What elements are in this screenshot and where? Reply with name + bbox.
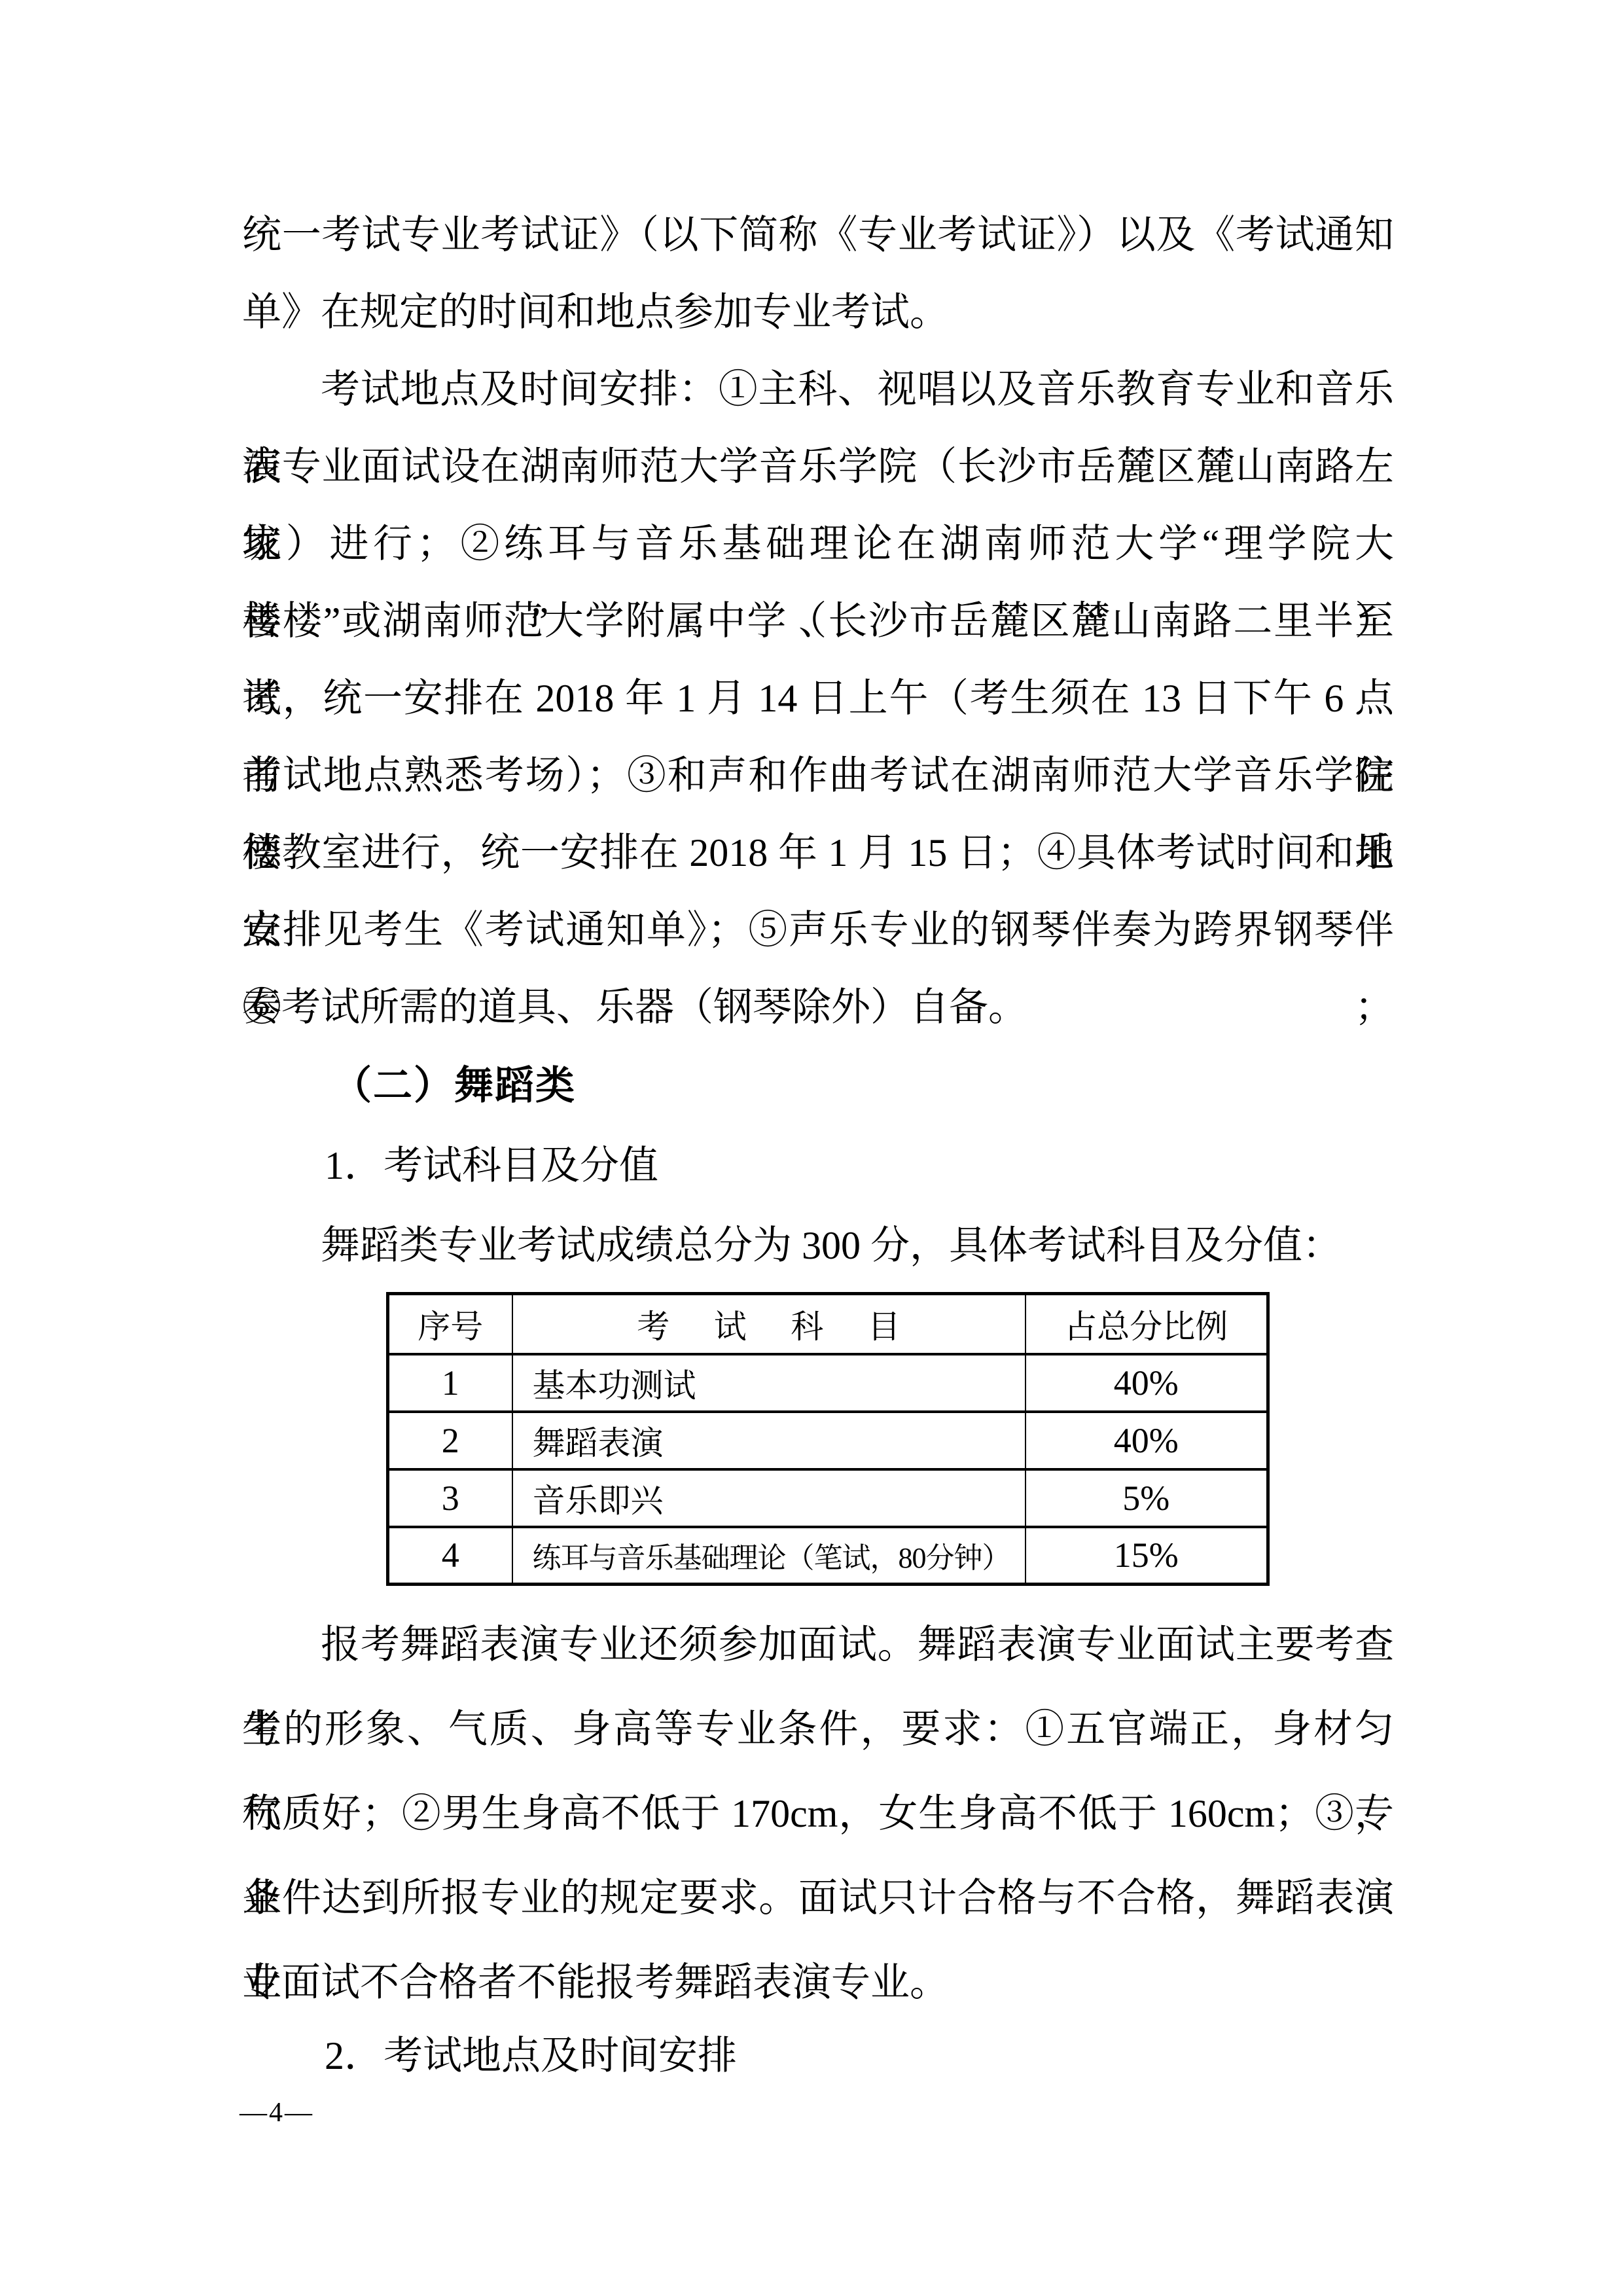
paragraph-line: 业面试不合格者不能报考舞蹈表演专业。 [242, 1941, 1394, 2025]
paragraph-line: 安排见考生《考试通知单》；⑤声乐专业的钢琴伴奏为跨界钢琴伴奏； [242, 891, 1394, 969]
paragraph-line: 善楼”或湖南师范大学附属中学（长沙市岳麓区麓山南路二里半）考 [242, 583, 1394, 660]
table-header-seq: 序号 [388, 1294, 512, 1354]
table-cell-seq: 1 [388, 1354, 512, 1412]
paragraph-line: 生的形象、气质、身高等专业条件，要求：①五官端正，身材匀称， [242, 1687, 1394, 1772]
table-cell-ratio: 40% [1026, 1354, 1268, 1412]
table-cell-subject: 音乐即兴 [512, 1469, 1026, 1527]
paragraph-line: 考试地点及时间安排：①主科、视唱以及音乐教育专业和音乐表 [242, 351, 1394, 428]
table-cell-seq: 4 [388, 1527, 512, 1585]
table-row: 2 舞蹈表演 40% [388, 1412, 1268, 1469]
paragraph-line: 楼教室进行，统一安排在 2018 年 1 月 15 日；④具体考试时间和地点 [242, 814, 1394, 891]
table-cell-subject: 基本功测试 [512, 1354, 1026, 1412]
paragraph-line: 条件达到所报专业的规定要求。面试只计合格与不合格，舞蹈表演专 [242, 1856, 1394, 1941]
paragraph-line: 单》在规定的时间和地点参加专业考试。 [242, 274, 1394, 351]
paragraph-line: 垅）进行；②练耳与音乐基础理论在湖南师范大学“理学院大楼”、“至 [242, 505, 1394, 583]
page-number: —4— [240, 2093, 314, 2132]
subsection-heading-locations: 2．考试地点及时间安排 [242, 2016, 1394, 2096]
paragraph-line: 考试地点熟悉考场）；③和声和作曲考试在湖南师范大学音乐学院德乐 [242, 737, 1394, 814]
paragraph-line: 气质好；②男生身高不低于 170cm，女生身高不低于 160cm；③专业 [242, 1772, 1394, 1856]
paragraph-line: 统一考试专业考试证》（以下简称《专业考试证》）以及《考试通知 [242, 196, 1394, 274]
paragraph-line: 报考舞蹈表演专业还须参加面试。舞蹈表演专业面试主要考查考 [242, 1603, 1394, 1687]
table-cell-ratio: 15% [1026, 1527, 1268, 1585]
table-cell-subject: 舞蹈表演 [512, 1412, 1026, 1469]
paragraph-line: 试，统一安排在 2018 年 1 月 14 日上午（考生须在 13 日下午 6 … [242, 660, 1394, 737]
table-header-ratio: 占总分比例 [1026, 1294, 1268, 1354]
paragraph: 考试地点及时间安排：①主科、视唱以及音乐教育专业和音乐表 演专业面试设在湖南师范… [242, 351, 1394, 1046]
table-row: 3 音乐即兴 5% [388, 1469, 1268, 1527]
exam-subjects-table: 序号 考 试 科 目 占总分比例 1 基本功测试 40% 2 舞蹈表演 40% … [386, 1292, 1270, 1586]
table-cell-seq: 3 [388, 1469, 512, 1527]
table-header-subject: 考 试 科 目 [512, 1294, 1026, 1354]
document-page: 统一考试专业考试证》（以下简称《专业考试证》）以及《考试通知 单》在规定的时间和… [0, 0, 1623, 2296]
table-intro-line: 舞蹈类专业考试成绩总分为 300 分，具体考试科目及分值： [242, 1206, 1394, 1285]
section-heading-dance: （二）舞蹈类 [242, 1046, 1394, 1126]
document-body: 统一考试专业考试证》（以下简称《专业考试证》）以及《考试通知 单》在规定的时间和… [242, 196, 1394, 2096]
paragraph-line: 演专业面试设在湖南师范大学音乐学院（长沙市岳麓区麓山南路左家 [242, 428, 1394, 505]
paragraph: 报考舞蹈表演专业还须参加面试。舞蹈表演专业面试主要考查考 生的形象、气质、身高等… [242, 1603, 1394, 2025]
table-header-row: 序号 考 试 科 目 占总分比例 [388, 1294, 1268, 1354]
subsection-heading-subjects: 1．考试科目及分值 [242, 1126, 1394, 1206]
table-cell-ratio: 5% [1026, 1469, 1268, 1527]
table-row: 4 练耳与音乐基础理论（笔试，80分钟） 15% [388, 1527, 1268, 1585]
table-cell-subject: 练耳与音乐基础理论（笔试，80分钟） [512, 1527, 1026, 1585]
table-cell-ratio: 40% [1026, 1412, 1268, 1469]
table-cell-seq: 2 [388, 1412, 512, 1469]
table-row: 1 基本功测试 40% [388, 1354, 1268, 1412]
paragraph: 统一考试专业考试证》（以下简称《专业考试证》）以及《考试通知 单》在规定的时间和… [242, 196, 1394, 351]
